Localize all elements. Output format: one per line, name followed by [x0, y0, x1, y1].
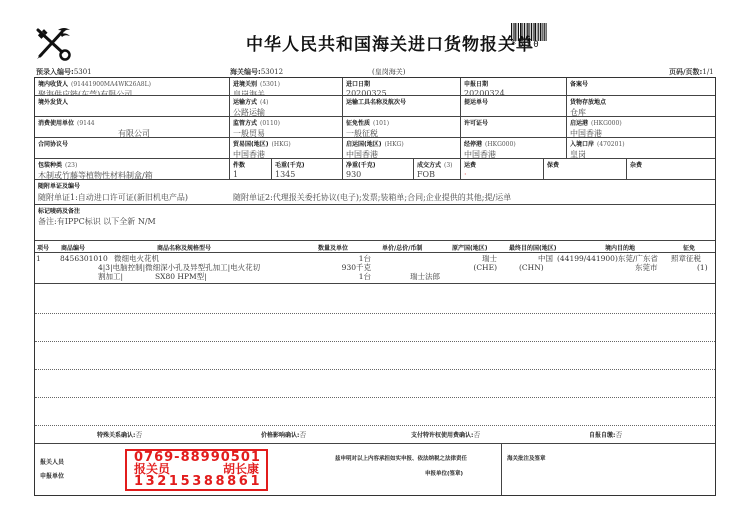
self-report-confirm: 自报自缴:否: [589, 430, 622, 440]
net-weight-cell: 净重(千克) 930: [343, 159, 414, 180]
header-levy: 征免: [683, 243, 695, 252]
item-spec: 4|3|电脑控制|微细深小孔及异型孔加工|电火花切: [98, 263, 260, 272]
barcode-number: *530: [511, 40, 541, 50]
freight-cell: 运费 ·: [461, 159, 544, 180]
record-no-cell: 备案号: [567, 78, 715, 96]
header-name: 商品名称及规格型号: [157, 243, 211, 252]
page-indicator: 页码/页数:1/1: [669, 67, 714, 77]
trade-country-cell: 贸易国(地区)(HKG) 中国香港: [230, 138, 343, 159]
item-levy-code: (1): [697, 263, 708, 272]
pieces-cell: 件数 1: [230, 159, 272, 180]
supervision-mode-cell: 监管方式(0110) 一般贸易: [230, 117, 343, 138]
gross-weight-cell: 毛重(千克) 1345: [272, 159, 343, 180]
item-qty-2: 930千克: [331, 263, 371, 272]
transport-mode-cell: 运输方式(4) 公路运输: [230, 96, 343, 117]
customs-number: 海关编号:53012: [230, 67, 283, 77]
package-type-cell: 包装种类(23) 木制或竹藤等植物性材料制盒/箱: [35, 159, 230, 180]
footer-divider: [35, 443, 715, 444]
declare-seal-label: 申报单位(签章): [425, 469, 463, 477]
item-qty-3: 1台: [335, 272, 371, 281]
deal-mode-cell: 成交方式(3) FOB: [414, 159, 461, 180]
header-price: 单价/总价/币制: [382, 243, 422, 252]
transport-name-cell: 运输工具名称及航次号: [343, 96, 461, 117]
customs-approval-label: 海关批注及签章: [507, 454, 546, 462]
row-divider: [35, 397, 715, 398]
declare-unit-label: 申报单位: [40, 471, 64, 480]
import-date-cell: 进口日期 20200325: [343, 78, 461, 96]
item-qty-1: 1台: [335, 254, 371, 263]
price-influence-confirm: 价格影响确认:否: [261, 430, 306, 440]
header-dest-country: 最终目的国(地区): [509, 243, 557, 252]
remarks-cell: 标记唛码及备注 备注:有IPPC标识 以下全新 N/M: [35, 205, 715, 241]
misc-fee-cell: 杂费: [627, 159, 715, 180]
row-divider: [35, 425, 715, 426]
item-levy: 照章征税: [671, 254, 701, 263]
departure-port-cell: 启运港(HKG000) 中国香港: [567, 117, 715, 138]
item-dest-code: (CHN): [519, 263, 544, 272]
consignor-cell: 境外发货人: [35, 96, 230, 117]
item-model: SX80 HPM型|: [155, 272, 207, 281]
row-divider: [35, 369, 715, 370]
customs-name: (皇岗海关): [372, 67, 405, 77]
declarant-stamp: 0769-88990501 报关员胡长康 13215388861: [125, 449, 268, 491]
header-qty: 数量及单位: [318, 243, 348, 252]
header-origin: 原产国(地区): [452, 243, 488, 252]
document-title: 中华人民共和国海关进口货物报关单: [246, 30, 534, 55]
license-no-cell: 许可证号: [461, 117, 567, 138]
item-spec-cont: 割加工|: [98, 272, 123, 281]
item-currency: 瑞士法郎: [410, 272, 440, 281]
royalty-confirm: 支付特许权使用费确认:否: [411, 430, 480, 440]
storage-place-cell: 货物存放地点 仓库: [567, 96, 715, 117]
row-divider: [35, 341, 715, 342]
row-divider: [35, 313, 715, 314]
entry-customs-cell: 进境关别(5301) 皇岗海关: [230, 78, 343, 96]
header-code: 商品编号: [61, 243, 85, 252]
item-name: 微细电火花机: [114, 254, 159, 263]
pre-entry-number: 预录入编号:5301: [36, 67, 92, 77]
customs-emblem-icon: [34, 26, 74, 62]
item-origin-code: (CHE): [461, 263, 497, 272]
special-relation-confirm: 特殊关系确认:否: [97, 430, 142, 440]
item-code: 8456301010: [60, 254, 108, 263]
insurance-cell: 保费: [544, 159, 627, 180]
declaration-form: 境内收货人(91441900MA4WK26A8L) 聚海供应链(东莞)有限公司 …: [34, 77, 716, 496]
footer-column-divider: [501, 443, 502, 495]
consignee-cell: 境内收货人(91441900MA4WK26A8L) 聚海供应链(东莞)有限公司: [35, 78, 230, 96]
documents-cell: 随附单证及编号 随附单证1:自动进口许可证(新旧机电产品) 随附单证2:代理报关…: [35, 180, 715, 205]
item-domestic-city: 东莞市: [635, 263, 658, 272]
bill-no-cell: 提运单号: [461, 96, 567, 117]
item-dest-country: 中国: [523, 254, 553, 263]
items-header-row: 项号 商品编号 商品名称及规格型号 数量及单位 单价/总价/币制 原产国(地区)…: [35, 241, 715, 253]
item-index: 1: [36, 254, 41, 263]
header-index: 项号: [37, 243, 49, 252]
stop-port-cell: 经停港(HKG000) 中国香港: [461, 138, 567, 159]
entry-port-cell: 入境口岸(470201) 皇岗: [567, 138, 715, 159]
header-domestic-dest: 境内目的地: [605, 243, 635, 252]
declare-date-cell: 申报日期 20200324: [461, 78, 567, 96]
item-origin: 瑞士: [461, 254, 497, 263]
declarant-label: 报关人员: [40, 457, 64, 466]
departure-country-cell: 启运国(地区)(HKG) 中国香港: [343, 138, 461, 159]
stamp-mobile: 13215388861: [134, 475, 262, 488]
table-row: 1 8456301010 微细电火花机 4|3|电脑控制|微细深小孔及异型孔加工…: [35, 253, 715, 284]
consumer-unit-cell: 消费使用单位(9144 有限公司: [35, 117, 230, 138]
legal-statement: 兹申明对以上内容承担如实申报、依法纳税之法律责任: [335, 454, 467, 462]
contract-no-cell: 合同协议号: [35, 138, 230, 159]
barcode-icon: [511, 23, 547, 41]
item-domestic-dest: (44199/441900)东莞/广东省: [557, 254, 658, 263]
levy-nature-cell: 征免性质(101) 一般征税: [343, 117, 461, 138]
